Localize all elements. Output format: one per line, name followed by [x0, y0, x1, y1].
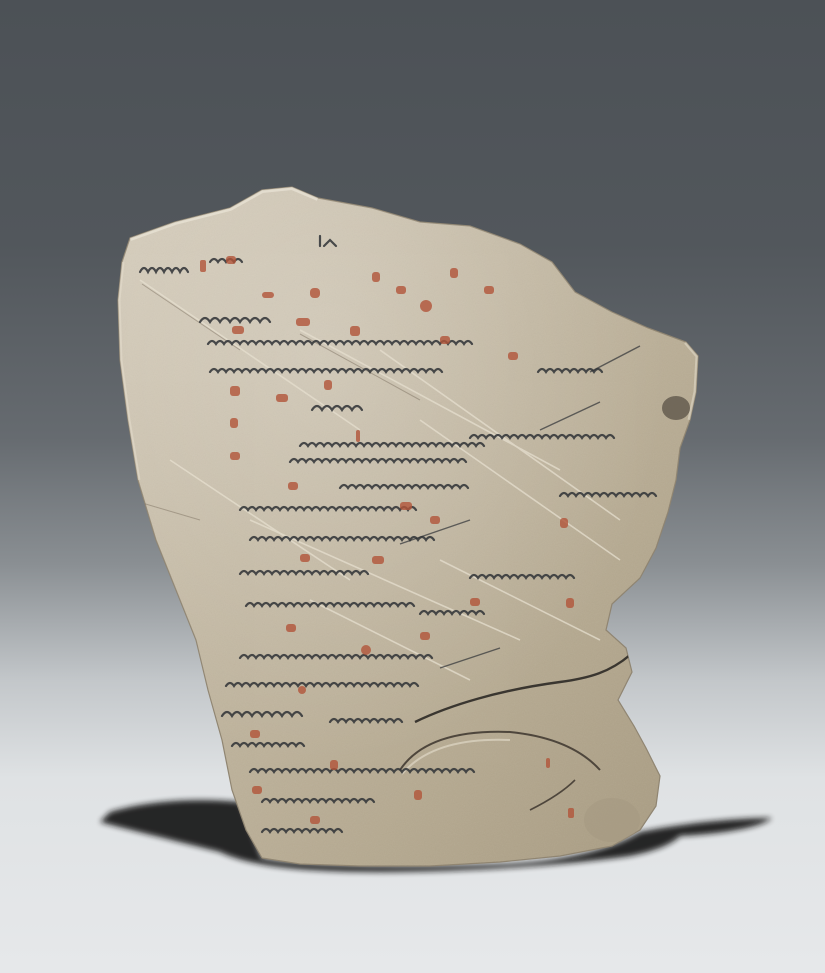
limestone-flake [100, 180, 720, 880]
ostracon-illustration [0, 0, 825, 973]
photo-scene: Irregular flake of pale limestone inscri… [0, 0, 825, 973]
